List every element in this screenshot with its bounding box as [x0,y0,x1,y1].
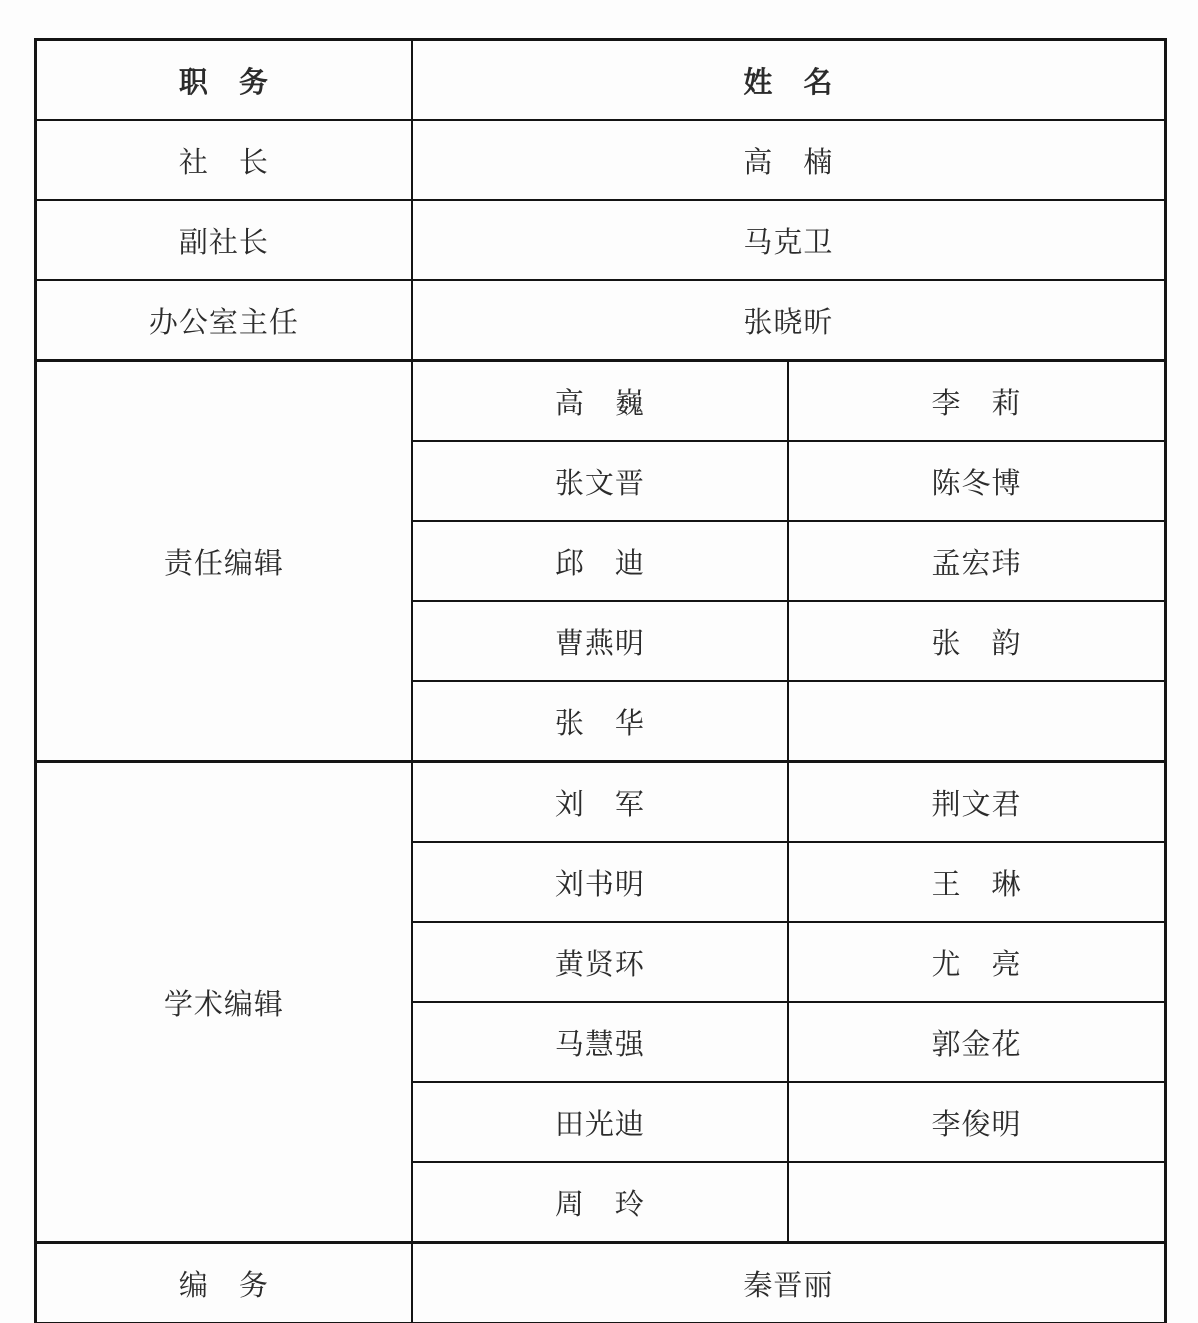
table-row: 办公室主任 张晓昕 [36,280,1166,361]
name-cell-right: 郭金花 [788,1002,1165,1082]
name-cell-left: 马慧强 [412,1002,788,1082]
name-cell-left: 高 巍 [412,361,788,442]
name-cell-left: 刘 军 [412,762,788,843]
name-cell-right: 李俊明 [788,1082,1165,1162]
name-cell-left: 周 玲 [412,1162,788,1243]
name-cell: 高 楠 [412,120,1166,200]
table-row: 编 务 秦晋丽 [36,1243,1166,1323]
name-cell-right [788,1162,1165,1243]
name-cell-right: 荆文君 [788,762,1165,843]
table-row: 学术编辑 刘 军 荆文君 [36,762,1166,843]
header-name-cell: 姓 名 [412,40,1166,121]
name-cell-left: 田光迪 [412,1082,788,1162]
position-cell: 社 长 [36,120,412,200]
name-cell: 张晓昕 [412,280,1166,361]
position-cell: 编 务 [36,1243,412,1323]
name-cell-right [788,681,1165,762]
name-cell-left: 张 华 [412,681,788,762]
name-cell-left: 刘书明 [412,842,788,922]
header-position-cell: 职 务 [36,40,412,121]
section-label-cell: 学术编辑 [36,762,412,1243]
table-row: 责任编辑 高 巍 李 莉 [36,361,1166,442]
name-cell-left: 曹燕明 [412,601,788,681]
position-cell: 副社长 [36,200,412,280]
staff-table: 职 务 姓 名 社 长 高 楠 副社长 马克卫 办公室主任 张晓昕 责任编辑 高… [34,38,1167,1323]
table-row: 副社长 马克卫 [36,200,1166,280]
name-cell-right: 李 莉 [788,361,1165,442]
name-cell-right: 陈冬博 [788,441,1165,521]
name-cell: 秦晋丽 [412,1243,1166,1323]
name-cell-right: 尤 亮 [788,922,1165,1002]
table-header-row: 职 务 姓 名 [36,40,1166,121]
name-cell-left: 邱 迪 [412,521,788,601]
name-cell-left: 张文晋 [412,441,788,521]
scanned-document-page: 职 务 姓 名 社 长 高 楠 副社长 马克卫 办公室主任 张晓昕 责任编辑 高… [0,0,1198,1323]
name-cell: 马克卫 [412,200,1166,280]
name-cell-left: 黄贤环 [412,922,788,1002]
table-row: 社 长 高 楠 [36,120,1166,200]
position-cell: 办公室主任 [36,280,412,361]
name-cell-right: 王 琳 [788,842,1165,922]
name-cell-right: 孟宏玮 [788,521,1165,601]
section-label-cell: 责任编辑 [36,361,412,762]
name-cell-right: 张 韵 [788,601,1165,681]
